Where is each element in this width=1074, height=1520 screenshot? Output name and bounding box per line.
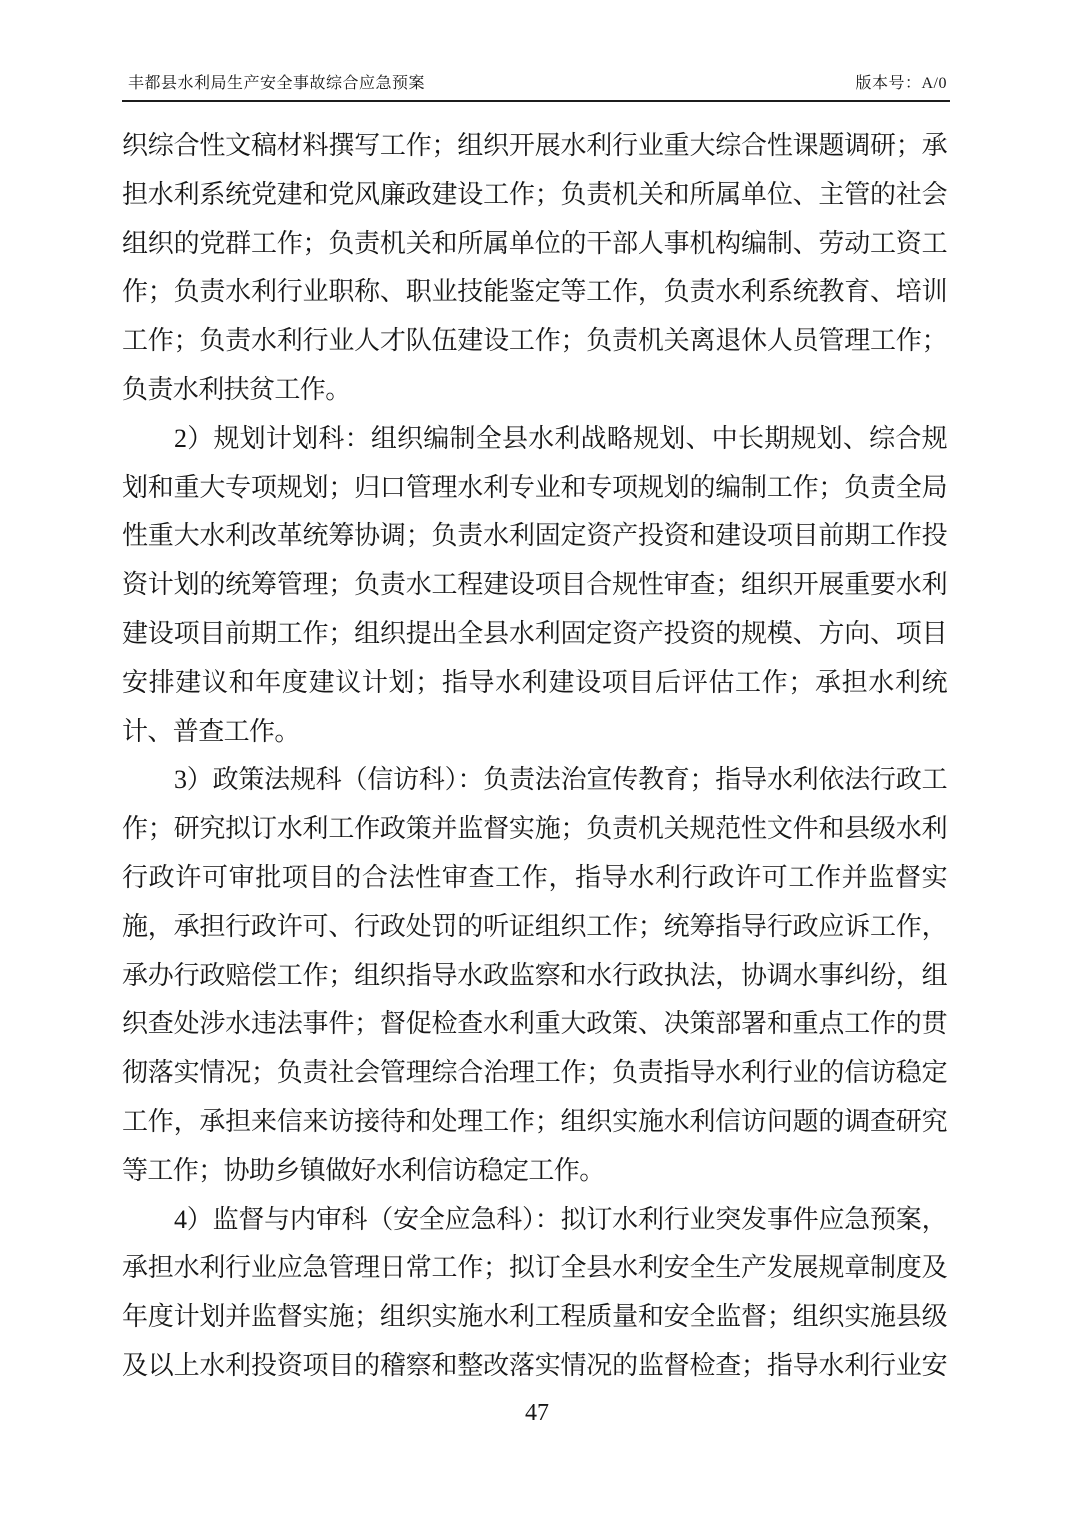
text-line: 承办行政赔偿工作；组织指导水政监察和水行政执法，协调水事纠纷，组: [122, 952, 947, 1001]
text-line: 资计划的统筹管理；负责水工程建设项目合规性审查；组织开展重要水利: [122, 561, 947, 610]
document-body-text: 织综合性文稿材料撰写工作；组织开展水利行业重大综合性课题调研；承担水利系统党建和…: [122, 122, 947, 1391]
text-line: 2）规划计划科：组织编制全县水利战略规划、中长期规划、综合规: [122, 415, 947, 464]
text-line: 性重大水利改革统筹协调；负责水利固定资产投资和建设项目前期工作投: [122, 512, 947, 561]
header-title: 丰都县水利局生产安全事故综合应急预案: [122, 70, 425, 93]
paragraph: 3）政策法规科（信访科）：负责法治宣传教育；指导水利依法行政工作；研究拟订水利工…: [122, 756, 947, 1195]
page-number: 47: [525, 1400, 549, 1426]
page-footer: 47: [0, 1400, 1074, 1427]
text-line: 安排建议和年度建议计划；指导水利建设项目后评估工作；承担水利统: [122, 659, 947, 708]
text-line: 承担水利行业应急管理日常工作；拟订全县水利安全生产发展规章制度及: [122, 1244, 947, 1293]
text-line: 计、普查工作。: [122, 708, 947, 757]
text-line: 施，承担行政许可、行政处罚的听证组织工作；统筹指导行政应诉工作，: [122, 903, 947, 952]
text-line: 等工作；协助乡镇做好水利信访稳定工作。: [122, 1147, 947, 1196]
text-line: 作；负责水利行业职称、职业技能鉴定等工作，负责水利系统教育、培训: [122, 268, 947, 317]
paragraph: 织综合性文稿材料撰写工作；组织开展水利行业重大综合性课题调研；承担水利系统党建和…: [122, 122, 947, 415]
text-line: 及以上水利投资项目的稽察和整改落实情况的监督检查；指导水利行业安: [122, 1342, 947, 1391]
text-line: 织查处涉水违法事件；督促检查水利重大政策、决策部署和重点工作的贯: [122, 1000, 947, 1049]
text-line: 担水利系统党建和党风廉政建设工作；负责机关和所属单位、主管的社会: [122, 171, 947, 220]
text-line: 作；研究拟订水利工作政策并监督实施；负责机关规范性文件和县级水利: [122, 805, 947, 854]
text-line: 3）政策法规科（信访科）：负责法治宣传教育；指导水利依法行政工: [122, 756, 947, 805]
text-line: 划和重大专项规划；归口管理水利专业和专项规划的编制工作；负责全局: [122, 464, 947, 513]
text-line: 行政许可审批项目的合法性审查工作，指导水利行政许可工作并监督实: [122, 854, 947, 903]
text-line: 4）监督与内审科（安全应急科）：拟订水利行业突发事件应急预案，: [122, 1196, 947, 1245]
text-line: 建设项目前期工作；组织提出全县水利固定资产投资的规模、方向、项目: [122, 610, 947, 659]
text-line: 负责水利扶贫工作。: [122, 366, 947, 415]
text-line: 组织的党群工作；负责机关和所属单位的干部人事机构编制、劳动工资工: [122, 220, 947, 269]
text-line: 彻落实情况；负责社会管理综合治理工作；负责指导水利行业的信访稳定: [122, 1049, 947, 1098]
paragraph: 4）监督与内审科（安全应急科）：拟订水利行业突发事件应急预案，承担水利行业应急管…: [122, 1196, 947, 1391]
paragraph: 2）规划计划科：组织编制全县水利战略规划、中长期规划、综合规划和重大专项规划；归…: [122, 415, 947, 757]
text-line: 年度计划并监督实施；组织实施水利工程质量和安全监督；组织实施县级: [122, 1293, 947, 1342]
text-line: 工作；负责水利行业人才队伍建设工作；负责机关离退休人员管理工作；: [122, 317, 947, 366]
page-header: 丰都县水利局生产安全事故综合应急预案 版本号：A/0: [122, 70, 950, 102]
header-version-label: 版本号：A/0: [855, 70, 950, 93]
text-line: 工作，承担来信来访接待和处理工作；组织实施水利信访问题的调查研究: [122, 1098, 947, 1147]
text-line: 织综合性文稿材料撰写工作；组织开展水利行业重大综合性课题调研；承: [122, 122, 947, 171]
document-page: 丰都县水利局生产安全事故综合应急预案 版本号：A/0 织综合性文稿材料撰写工作；…: [0, 0, 1074, 1520]
